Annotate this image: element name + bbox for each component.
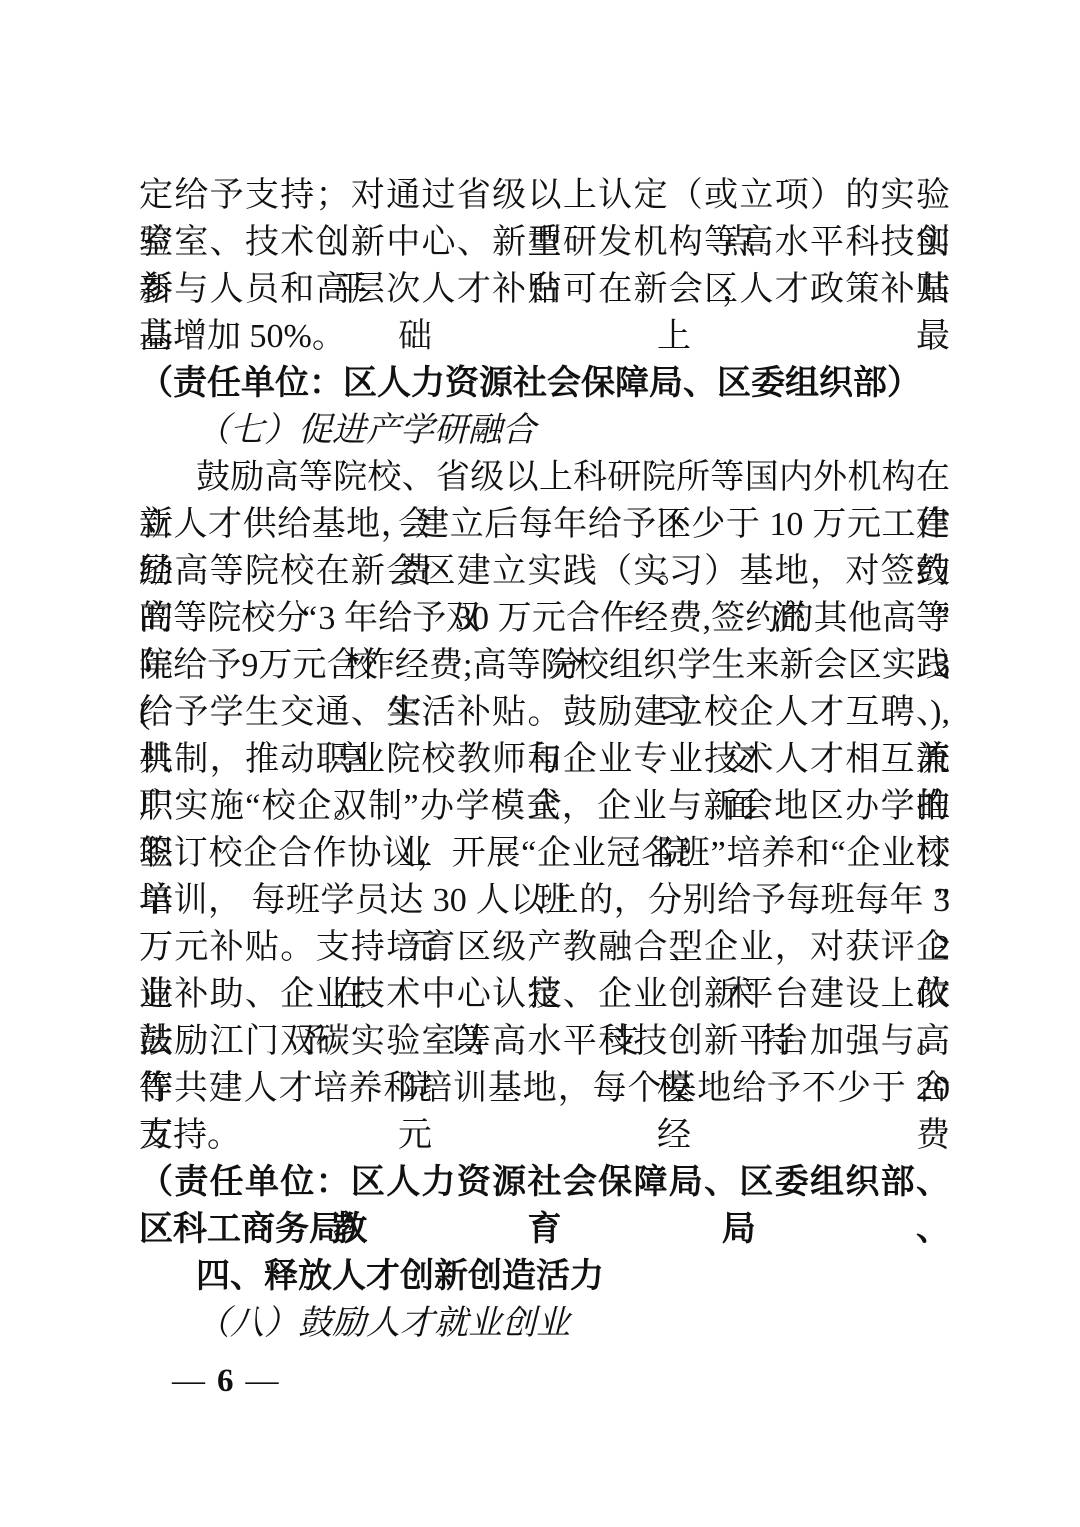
text-line: 造补助、企业技术中心认定、企业创新平台建设上依法予以支持。 [139, 971, 950, 1018]
text-line: 万元补贴。支持培育区级产教融合型企业，对获评企业在技术改 [139, 924, 950, 971]
text-line: 鼓励高等院校、省级以上科研院所等国内外机构在新会区建 [139, 454, 950, 501]
responsible-unit-line: （责任单位：区人力资源社会保障局、区委组织部） [139, 360, 950, 407]
footer-dash-left: — [172, 1363, 207, 1399]
text-line: 给予学生交通、生活补贴。鼓励建立校企人才互聘、共享与交流 [139, 689, 950, 736]
chapter-heading-4: 四、释放人才创新创造活力 [139, 1253, 950, 1300]
document-page: 定给予支持；对通过省级以上认定（或立项）的实验室、重点实 验室、技术创新中心、新… [0, 0, 1080, 1527]
document-body: 定给予支持；对通过省级以上认定（或立项）的实验室、重点实 验室、技术创新中心、新… [139, 172, 950, 1347]
section-heading-8: （八）鼓励人才就业创业 [139, 1300, 950, 1347]
text-line: 定给予支持；对通过省级以上认定（或立项）的实验室、重点实 [139, 172, 950, 219]
responsible-unit-line: （责任单位：区人力资源社会保障局、区委组织部、区教育局、 [139, 1159, 950, 1206]
text-line: 立人才供给基地，建立后每年给予不少于 10 万元工作经费。鼓 [139, 501, 950, 548]
text-line: 参与人员和高层次人才补贴可在新会区人才政策补贴基础上最 [139, 266, 950, 313]
text-line: 机制，推动职业院校教师和企业专业技术人才相互兼职。全面推 [139, 736, 950, 783]
text-line: 验室、技术创新中心、新型研发机构等高水平科技创新平台，其 [139, 219, 950, 266]
text-line: 作共建人才培养和培训基地，每个基地给予不少于 20 万元经费 [139, 1065, 950, 1112]
section-heading-7: （七）促进产学研融合 [139, 407, 950, 454]
text-line: 签订校企合作协议，开展“企业冠名班”培养和“企业订单班” [139, 830, 950, 877]
footer-dash-right: — [246, 1363, 281, 1399]
text-line: 年给予9万元合作经费;高等院校组织学生来新会区实践(实习), [139, 642, 950, 689]
page-number: 6 [207, 1363, 246, 1399]
text-line: 广实施“校企双制”办学模式，企业与新会地区办学的职业院校 [139, 783, 950, 830]
text-line: 高等院校分 3 年给予 30 万元合作经费,签约的其他高等院校分 3 [139, 595, 950, 642]
page-footer: —6— [172, 1358, 281, 1405]
text-line: 励高等院校在新会区建立实践（实习）基地，对签约的“双一流” [139, 548, 950, 595]
text-line: 培训， 每班学员达 30 人以上的，分别给予每班每年 3 万元、2 [139, 877, 950, 924]
text-line: 鼓励江门双碳实验室等高水平科技创新平台加强与高等院校合 [139, 1018, 950, 1065]
